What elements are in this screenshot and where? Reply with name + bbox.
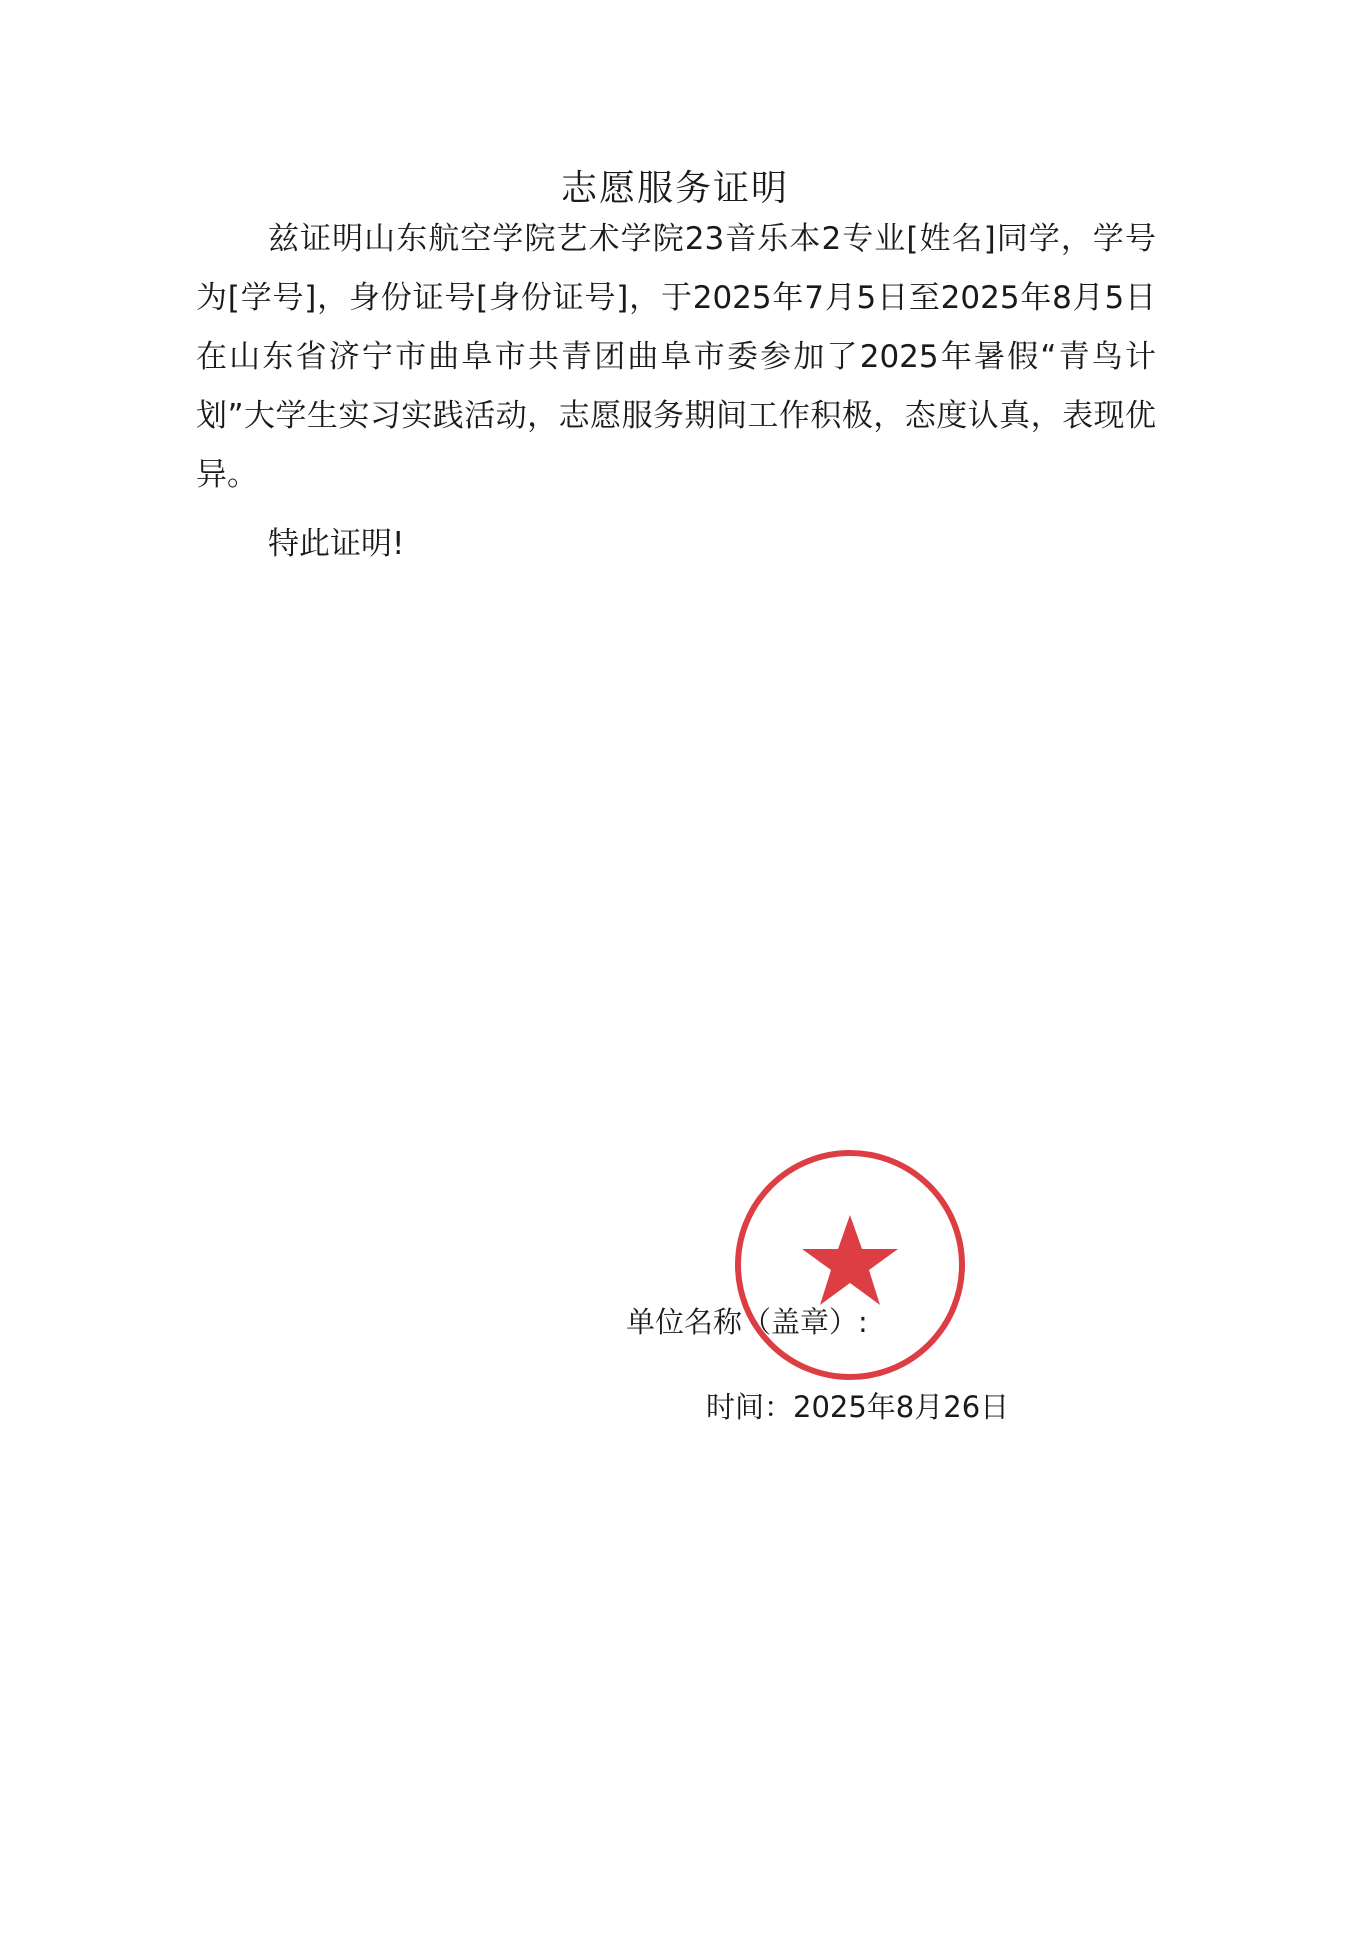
certificate-paragraph: 兹证明山东航空学院艺术学院23音乐本2专业[姓名]同学，学号为[学号]，身份证号… [196, 210, 1156, 505]
certificate-body: 兹证明山东航空学院艺术学院23音乐本2专业[姓名]同学，学号为[学号]，身份证号… [196, 210, 1156, 505]
issue-date: 时间：2025年8月26日 [706, 1385, 1009, 1426]
official-seal-icon [730, 1145, 970, 1385]
star-icon [802, 1215, 898, 1305]
page-title: 志愿服务证明 [0, 160, 1350, 211]
closing-statement: 特此证明! [268, 518, 404, 563]
